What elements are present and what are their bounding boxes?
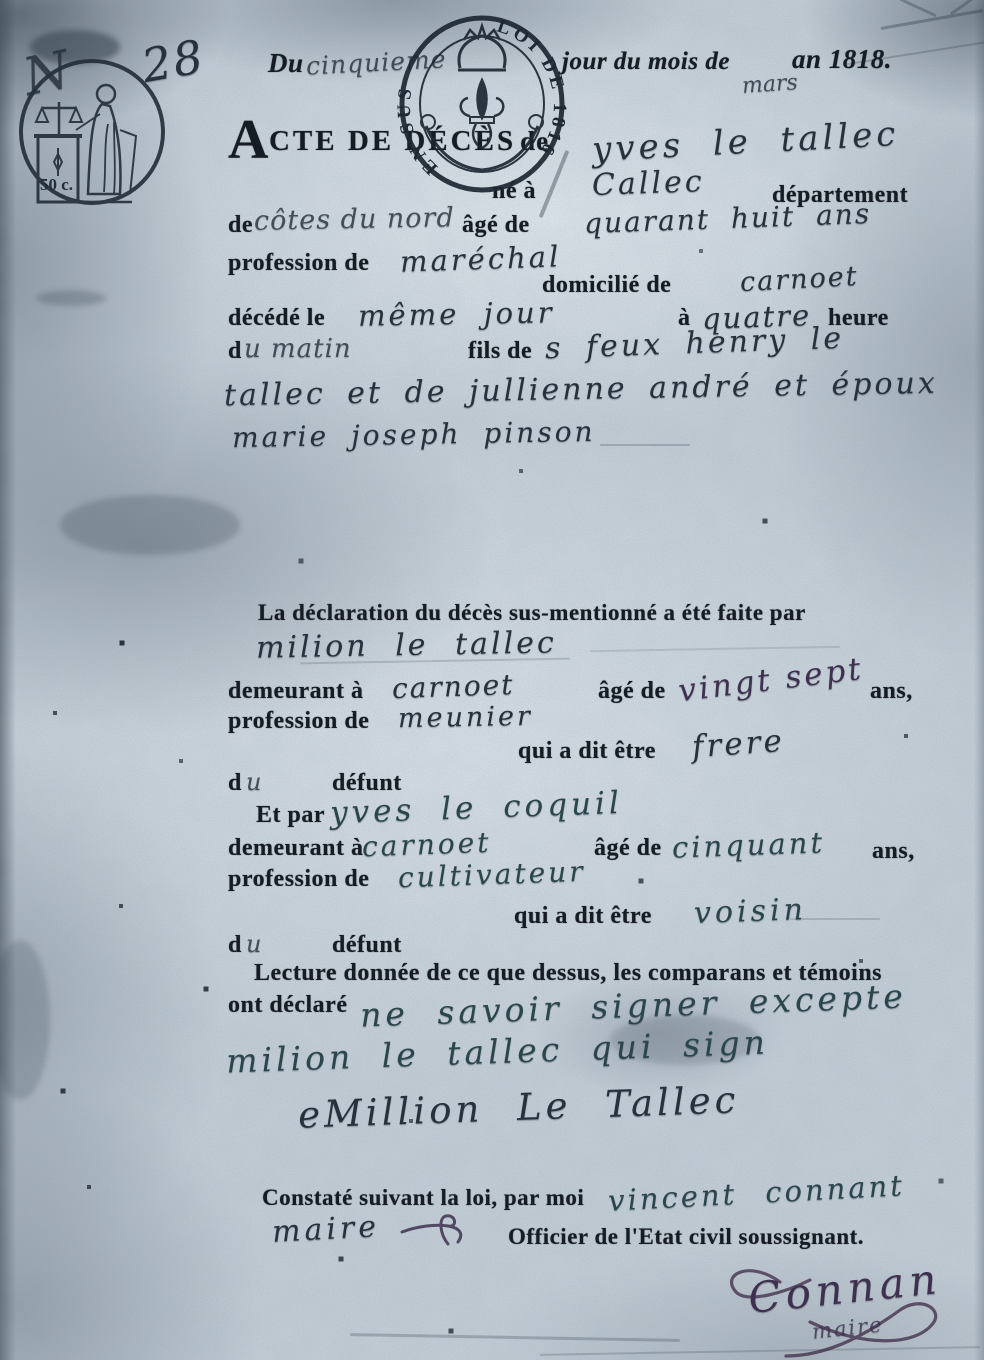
label-d-1: d xyxy=(228,770,242,797)
smudge-mark xyxy=(60,495,240,555)
label-et-par: Et par xyxy=(256,802,325,829)
pen-line xyxy=(590,646,840,652)
witness1-residence-handwritten: carnoet xyxy=(391,668,515,705)
smudge-mark xyxy=(0,940,50,1100)
act-title-initial: A xyxy=(228,109,269,171)
label-qui-a-dit-1: qui a dit être xyxy=(518,738,656,765)
label-d: d xyxy=(228,338,242,365)
label-de: de xyxy=(228,212,253,239)
lecture-line-2: ont déclaré xyxy=(228,992,347,1019)
officier-line: Officier de l'Etat civil soussignant. xyxy=(508,1224,864,1250)
witness2-u-handwritten: u xyxy=(246,930,261,958)
label-age-1: âgé de xyxy=(598,678,666,705)
svg-text:EN SUS: EN SUS xyxy=(394,83,442,178)
witness1-profession-handwritten: meunier xyxy=(398,701,533,734)
margin-scribble xyxy=(899,0,937,17)
death-certificate-page: 28 Du cinquieme jour du mois de mars an … xyxy=(0,0,984,1360)
parents-handwritten-1: s feux henry le xyxy=(544,321,844,366)
witness1-relation-handwritten: frere xyxy=(691,723,786,765)
label-demeurant-1: demeurant à xyxy=(228,678,363,705)
dateline-middle: jour du mois de xyxy=(562,48,730,76)
label-ans-2: ans, xyxy=(872,838,915,865)
death-day-handwritten: même jour xyxy=(358,295,555,332)
label-age-de: âgé de xyxy=(462,212,530,239)
dateline-du: Du xyxy=(268,48,304,79)
pen-flourish xyxy=(600,444,690,446)
witness1-u-handwritten: u xyxy=(246,768,261,796)
age-handwritten: quarant huit ans xyxy=(584,197,872,240)
label-d-2: d xyxy=(228,932,242,959)
dateline-year: an 1818. xyxy=(792,44,892,75)
time-of-day-handwritten: u matin xyxy=(244,334,352,364)
label-profession-2: profession de xyxy=(228,866,369,893)
label-domicilie: domicilié de xyxy=(542,272,671,299)
dust-specks xyxy=(0,0,2,2)
fiscal-stamp-denomination: 50 c. xyxy=(40,175,73,194)
label-fils-de: fils de xyxy=(468,338,532,365)
profession-handwritten: maréchal xyxy=(399,239,561,279)
birthplace-handwritten: Callec xyxy=(591,164,705,203)
parents-handwritten-2: tallec et de jullienne andré et époux xyxy=(224,366,938,413)
dateline-month-handwritten: mars xyxy=(741,70,798,99)
label-profession-1: profession de xyxy=(228,708,369,735)
officer-title-handwritten: maire xyxy=(271,1209,381,1250)
label-qui-a-dit-2: qui a dit être xyxy=(514,903,652,930)
witness-signature: eMillion Le Tallec xyxy=(297,1078,740,1136)
officer-name-handwritten: vincent connant xyxy=(607,1168,905,1217)
label-profession: profession de xyxy=(228,250,369,277)
pen-line xyxy=(350,1333,680,1342)
statement-handwritten-2: milion le tallec qui sign xyxy=(225,1023,769,1081)
smudge-mark xyxy=(36,290,106,306)
declaration-intro: La déclaration du décès sus-mentionné a … xyxy=(258,600,806,626)
witness2-residence-handwritten: carnoet xyxy=(361,826,492,863)
label-defunt-2: défunt xyxy=(332,932,402,959)
royal-tax-stamp: LOI DE 1816 EN SUS xyxy=(386,6,578,200)
witness2-profession-handwritten: cultivateur xyxy=(397,855,586,895)
label-demeurant-2: demeurant à xyxy=(228,835,363,862)
label-age-2: âgé de xyxy=(594,835,662,862)
pen-line xyxy=(790,918,880,920)
label-ans-1: ans, xyxy=(870,678,913,705)
witness1-age-handwritten: vingt sept xyxy=(676,651,865,709)
department-handwritten: côtes du nord xyxy=(254,202,455,236)
witness2-relation-handwritten: voisin xyxy=(693,892,807,931)
deceased-name-handwritten: yves le tallec xyxy=(591,114,900,170)
paraph-flourish xyxy=(398,1204,468,1254)
label-decede-le: décédé le xyxy=(228,305,325,332)
parents-handwritten-3: marie joseph pinson xyxy=(232,415,596,454)
oval-stamp-arc-left-text: EN SUS xyxy=(394,83,442,178)
witness2-age-handwritten: cinquant xyxy=(671,825,825,864)
domicile-handwritten: carnoet xyxy=(739,261,859,298)
